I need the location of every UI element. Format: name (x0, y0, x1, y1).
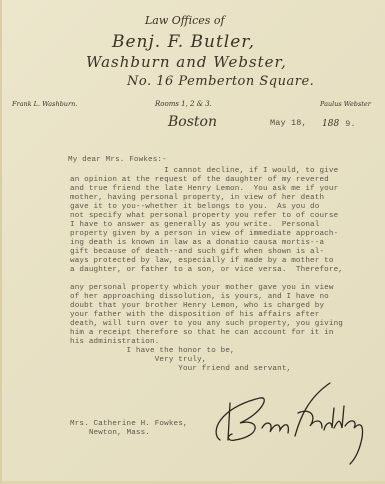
body-line: his administration. (70, 338, 159, 346)
body-line: I have to answer as generally as you wri… (70, 221, 319, 229)
body-line: not specify what personal property you r… (70, 212, 338, 220)
body-line: and true friend the late Henry Lemon. Yo… (70, 185, 338, 193)
letterhead-address: No. 16 Pemberton Square. (127, 74, 314, 89)
body-line: Your friend and servant, (70, 365, 291, 373)
body-line: a daughter, or father to a son, or vice … (70, 266, 343, 274)
letterhead-partners: Washburn and Webster, (86, 53, 287, 71)
body-line: an opinion at the request of the daughte… (70, 176, 329, 184)
body-line: your father with the disposition of his … (70, 311, 319, 319)
body-line: property given by a person in view of im… (70, 230, 338, 238)
body-line: of her approaching dissolution, is yours… (70, 293, 329, 301)
year-prefix: 188 (322, 119, 339, 129)
body-line: I have the honor to be, (70, 347, 235, 355)
body-line: any personal property which your mother … (70, 284, 334, 292)
body-line: gave it to you--whether it belongs to yo… (70, 203, 319, 211)
body-line: gift because of death--and such gift whe… (70, 248, 324, 256)
partner-left: Frank L. Washburn. (12, 100, 77, 108)
letterhead-law-offices: Law Offices of (145, 14, 225, 27)
body-line: I cannot decline, if I would, to give (70, 167, 338, 175)
rooms: Rooms 1, 2 & 3. (155, 100, 212, 108)
body-line: him a receipt therefore so that he can a… (70, 329, 334, 337)
signature-icon (200, 378, 380, 468)
addressee-city: Newton, Mass. (70, 429, 150, 437)
body-line: doubt that your brother Henry Lemon, who… (70, 302, 324, 310)
salutation: My dear Mrs. Fowkes:- (68, 156, 167, 164)
body-line: Very truly, (70, 356, 207, 364)
body-line: death, will turn over to you any such pr… (70, 320, 343, 328)
letterhead-name: Benj. F. Butler, (112, 32, 255, 52)
letter-year: 1889. (322, 118, 356, 129)
partner-right: Paulus Webster (320, 100, 371, 108)
body-line: ways protected by law, especially if mad… (70, 257, 334, 265)
letter-date: May 18, (270, 118, 307, 128)
letter-page: Law Offices of Benj. F. Butler, Washburn… (0, 0, 385, 484)
body-line: mother, having personal property, in vie… (70, 194, 324, 202)
year-suffix: 9. (345, 119, 356, 129)
letterhead-city: Boston (168, 114, 217, 130)
addressee-name: Mrs. Catherine H. Fowkes, (70, 420, 188, 428)
body-line: ing death is known in law as a donatio c… (70, 239, 324, 247)
